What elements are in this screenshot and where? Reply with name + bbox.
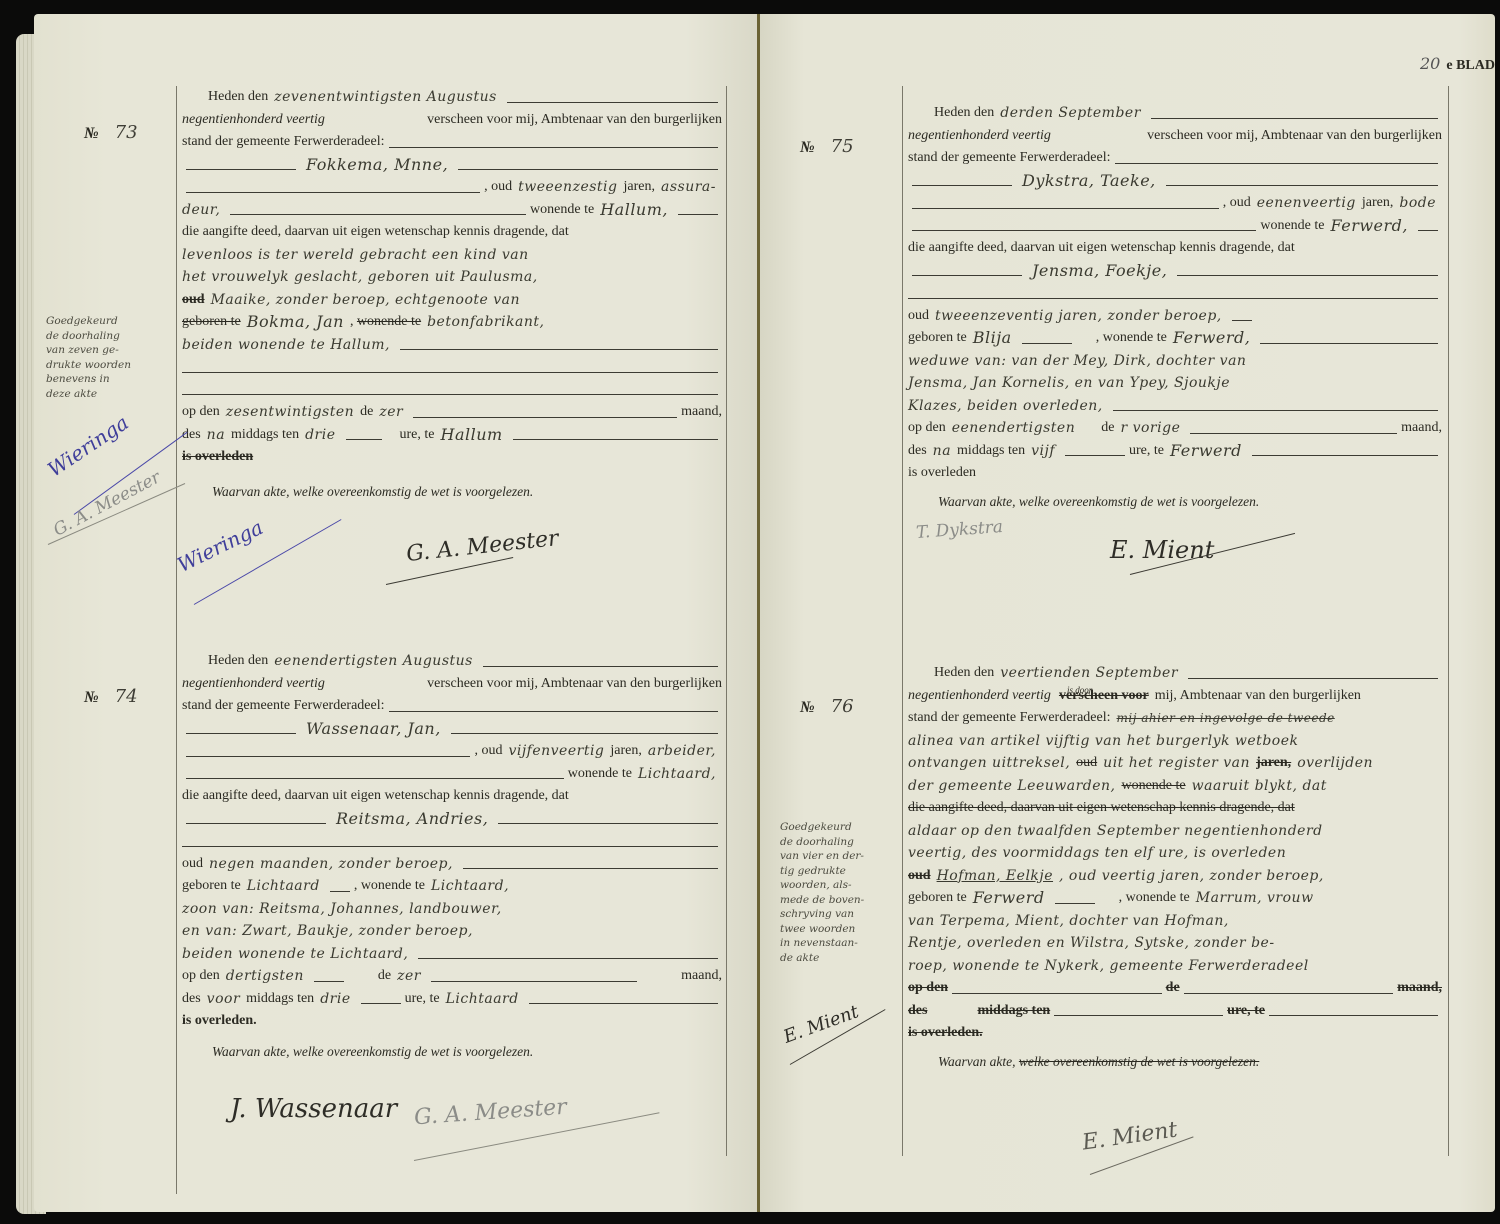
right-rule [726,86,727,1156]
record-text-2: Jensma, Jan Kornelis, en van Ypey, Sjouk… [908,372,1230,395]
right-page: 20e BLAD №75 Heden denderden September n… [760,14,1495,1212]
entry-number-value: 74 [115,686,138,707]
label-op-den: op den [908,417,946,440]
death-place: Ferwerd [1170,440,1242,463]
label-oud: , oud [474,740,502,763]
declarant-occupation: assura- [661,176,716,199]
death-place: Lichtaard [446,988,519,1011]
record-text-8: roep, wonende te Nykerk, gemeente Ferwer… [908,955,1309,978]
correction-above: is door [1067,679,1092,702]
declarant-residence: Lichtaard, [638,763,716,786]
label-geboren: geboren te [182,875,241,898]
label-year: negentienhonderd veertig [182,109,325,132]
left-page: №73 Heden denzevenentwintigsten Augustus… [34,14,758,1212]
label-des: des [182,988,201,1011]
closing-formula: Waarvan akte, welke overeenkomstig de we… [938,494,1259,510]
label-heden-den: Heden den [208,650,268,673]
record-text-5: veertig, des voormiddags ten elf ure, is… [908,842,1286,865]
record-text-2: het vrouwelyk geslacht, geboren uit Paul… [182,266,538,289]
death-month: zer [379,401,403,424]
label-jaren: jaren, [610,740,641,763]
margin-signature-official: G. A. Meester [50,467,164,540]
label-overleden-struck: is overleden. [908,1022,983,1045]
record-text-4a: Bokma, Jan [247,311,344,334]
record-text-3b: waaruit blykt, dat [1192,775,1327,798]
record-text-2b: uit het register van [1103,752,1250,775]
closing-rest-struck: welke overeenkomstig de wet is voorgelez… [1019,1054,1259,1069]
declarant-residence: Hallum, [600,199,668,222]
death-place: Hallum [441,424,503,447]
signature-declarant-73: Wieringa [173,515,266,577]
record-text-6: van Terpema, Mient, dochter van Hofman, [908,910,1229,933]
label-aangifte: die aangifte deed, daarvan uit eigen wet… [182,785,569,808]
margin-signature-declarant: Wieringa [43,410,133,481]
label-oud: oud [182,853,203,876]
death-record-75: Heden denderden September negentienhonde… [908,102,1442,485]
label-middags-struck: middags ten [977,1000,1050,1023]
entry-number-value: 75 [831,136,854,157]
margin-rule [902,86,903,1156]
margin-approval-note: Goedgekeurd de doorhaling van zeven ge- … [46,314,131,401]
label-ambtenaar: mij, Ambtenaar van den burgerlijken [1155,685,1361,708]
register-book: №73 Heden denzevenentwintigsten Augustus… [8,14,1492,1214]
declarant-occupation-cont: deur, [182,199,220,222]
label-middags: middags ten [231,424,299,447]
label-year: negentienhonderd veertig [908,685,1051,708]
death-record-76: Heden denveertienden September negentien… [908,662,1442,1045]
record-text-3: beiden wonende te Lichtaard, [182,943,408,966]
death-hour: drie [305,424,335,447]
label-jaren: jaren, [1362,192,1393,215]
page-number: 20e BLAD [1420,54,1495,74]
record-text-1: zoon van: Reitsma, Johannes, landbouwer, [182,898,502,921]
label-ure-struck: ure, te [1227,1000,1265,1023]
signature-official-73: G. A. Meester [405,526,560,567]
record-text-3a: der gemeente Leeuwarden, [908,775,1115,798]
closing-formula: Waarvan akte, welke overeenkomstig de we… [212,484,533,500]
closing-formula: Waarvan akte, welke overeenkomstig de we… [212,1044,533,1060]
number-symbol: № [84,689,99,706]
label-de: de [378,965,391,988]
label-stand: stand der gemeente Ferwerderadeel: [908,147,1111,170]
label-heden-den: Heden den [934,662,994,685]
record-text-stand: mij ahier en ingevolge de tweede [1117,707,1335,730]
label-ure: ure, te [1129,440,1164,463]
label-oud-struck: oud [908,865,931,888]
signature-official-75: E. Mient [1110,536,1214,564]
death-hour: drie [320,988,350,1011]
label-wonende: wonende te [568,763,632,786]
closing-formula: Waarvan akte, welke overeenkomstig de we… [938,1054,1259,1070]
label-verscheen: verscheen voor mij, Ambtenaar van den bu… [427,673,722,696]
record-text-3: Klazes, beiden overleden, [908,395,1103,418]
declarant-name: Dykstra, Taeke, [1022,170,1156,193]
label-des-struck: des [908,1000,927,1023]
label-op-den: op den [182,965,220,988]
deceased-name: Reitsma, Andries, [336,808,488,831]
label-des: des [908,440,927,463]
record-text-7: Rentje, overleden en Wilstra, Sytske, zo… [908,932,1275,955]
death-hour: vijf [1031,440,1055,463]
declarant-age: eenenveertig [1257,192,1356,215]
entry-number-76: №76 [800,696,854,717]
label-maand: maand, [681,965,722,988]
label-oud: oud [908,305,929,328]
entry-number-value: 73 [115,122,138,143]
signature-declarant-75: T. Dykstra [915,517,1003,543]
label-op-den-struck: op den [908,977,948,1000]
declarant-age: vijfenveertig [508,740,604,763]
death-record-74: Heden deneenendertigsten Augustus negent… [182,650,722,1033]
closing-start: Waarvan akte, [938,1054,1016,1069]
record-text-1: weduwe van: van der Mey, Dirk, dochter v… [908,350,1246,373]
label-year: negentienhonderd veertig [182,673,325,696]
label-wonende: , wonende te [354,875,425,898]
part-of-day: na [933,440,951,463]
label-jaren-struck: jaren, [1256,752,1291,775]
label-de: de [360,401,373,424]
number-symbol: № [800,139,815,156]
label-verscheen: verscheen voor mij, Ambtenaar van den bu… [427,109,722,132]
entry-number-73: №73 [84,122,138,143]
residence: Ferwerd, [1173,327,1250,350]
label-oud-struck: oud [1076,752,1097,775]
label-wonende: wonende te [1260,215,1324,238]
label-oud-struck: oud [182,289,205,312]
declarant-age: tweeenzestig [518,176,617,199]
death-record-73: Heden denzevenentwintigsten Augustus neg… [182,86,722,469]
label-de: de [1101,417,1114,440]
label-middags: middags ten [957,440,1025,463]
declarant-residence: Ferwerd, [1331,215,1408,238]
page-number-label: e BLAD [1446,58,1495,73]
label-verscheen: verscheen voor mij, Ambtenaar van den bu… [1147,125,1442,148]
margin-rule [176,86,177,1194]
label-year: negentienhonderd veertig [908,125,1051,148]
label-op-den: op den [182,401,220,424]
declarant-name: Fokkema, Mnne, [306,154,448,177]
record-text-3: Maaike, zonder beroep, echtgenoote van [211,289,520,312]
label-aangifte: die aangifte deed, daarvan uit eigen wet… [182,221,569,244]
part-of-day: na [207,424,225,447]
record-text-1: alinea van artikel vijftig van het burge… [908,730,1298,753]
label-geboren-struck: geboren te [182,311,241,334]
label-stand: stand der gemeente Ferwerderadeel: [908,707,1111,730]
record-text-4: aldaar op den twaalfden September negent… [908,820,1323,843]
label-maand-struck: maand, [1397,977,1442,1000]
birthplace: Lichtaard [247,875,320,898]
label-wonende: , wonende te [1119,887,1190,910]
number-symbol: № [84,125,99,142]
label-des: des [182,424,201,447]
label-ure: ure, te [400,424,435,447]
label-middags: middags ten [246,988,314,1011]
signature-underline [194,519,342,605]
declarant-name: Wassenaar, Jan, [306,718,441,741]
label-overleden: is overleden [908,462,976,485]
death-month: zer [397,965,421,988]
number-symbol: № [800,699,815,716]
margin-approval-note: Goedgekeurd de doorhaling van vier en de… [780,820,864,965]
label-wonende-struck: wonende te [357,311,421,334]
label-oud: , oud [484,176,512,199]
label-wonende: wonende te [530,199,594,222]
label-aangifte: die aangifte deed, daarvan uit eigen wet… [908,237,1295,260]
signature-official-76: E. Mient [1081,1117,1179,1155]
declarant-occupation: arbeider, [648,740,716,763]
label-heden-den: Heden den [208,86,268,109]
label-aangifte-struck: die aangifte deed, daarvan uit eigen wet… [908,797,1295,820]
signature-declarant-74: J. Wassenaar [230,1094,397,1124]
record-text-1: levenloos is ter wereld gebracht een kin… [182,244,529,267]
part-of-day: voor [207,988,240,1011]
margin-signature-official: E. Mient [781,1001,862,1047]
record-date: eenendertigsten Augustus [274,650,473,673]
label-wonende-struck: wonende te [1121,775,1185,798]
deceased-name: Hofman, Eelkje [937,865,1053,888]
death-month: r vorige [1120,417,1180,440]
deceased-name: Jensma, Foekje, [1032,260,1167,283]
label-ure: ure, te [405,988,440,1011]
record-text-2a: ontvangen uittreksel, [908,752,1070,775]
right-rule [1448,86,1449,1156]
entry-number-74: №74 [84,686,138,707]
birthplace: Blija [973,327,1012,350]
label-oud: , oud [1223,192,1251,215]
declarant-occupation: bode [1399,192,1436,215]
label-overleden: is overleden. [182,1010,257,1033]
death-day: eenendertigsten [952,417,1076,440]
label-stand: stand der gemeente Ferwerderadeel: [182,695,385,718]
residence: Lichtaard, [431,875,509,898]
label-geboren: geboren te [908,887,967,910]
birthplace: Ferwerd [973,887,1045,910]
deceased-age: , oud veertig jaren, zonder beroep, [1059,865,1324,888]
page-number-value: 20 [1420,54,1440,73]
record-text-2: en van: Zwart, Baukje, zonder beroep, [182,920,473,943]
record-text-4b: betonfabrikant, [427,311,544,334]
label-stand: stand der gemeente Ferwerderadeel: [182,131,385,154]
entry-number-value: 76 [831,696,854,717]
death-day: dertigsten [226,965,304,988]
label-maand: maand, [1401,417,1442,440]
deceased-age: negen maanden, zonder beroep, [209,853,453,876]
record-date: zevenentwintigsten Augustus [274,86,497,109]
label-overleden-struck: is overleden [182,446,253,469]
death-day: zesentwintigsten [226,401,354,424]
signature-official-74: G. A. Meester [413,1095,567,1131]
deceased-age: tweeenzeventig jaren, zonder beroep, [935,305,1222,328]
label-de-struck: de [1166,977,1180,1000]
record-text-2c: overlijden [1297,752,1373,775]
residence: Marrum, vrouw [1196,887,1314,910]
entry-number-75: №75 [800,136,854,157]
label-jaren: jaren, [624,176,655,199]
label-wonende: , wonende te [1096,327,1167,350]
label-geboren: geboren te [908,327,967,350]
record-date: derden September [1000,102,1141,125]
label-maand: maand, [681,401,722,424]
label-heden-den: Heden den [934,102,994,125]
record-text-5: beiden wonende te Hallum, [182,334,390,357]
